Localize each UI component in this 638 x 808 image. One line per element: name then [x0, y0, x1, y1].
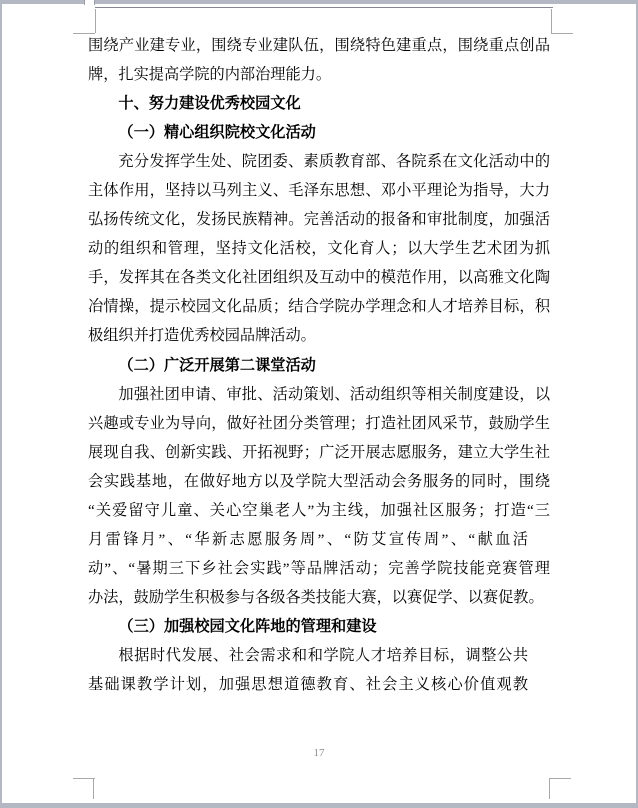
- heading-line: （三）加强校园文化阵地的管理和建设: [88, 612, 550, 641]
- document-viewport[interactable]: 围绕产业建专业，围绕专业建队伍，围绕特色建重点，围绕重点创品牌，扎实提高学院的内…: [0, 0, 638, 808]
- text-body[interactable]: 围绕产业建专业，围绕专业建队伍，围绕特色建重点，围绕重点创品牌，扎实提高学院的内…: [88, 31, 550, 699]
- text-line: 动的组织和管理，坚持文化活校，文化育人；以大学生艺术团为抓: [88, 234, 550, 263]
- text-line: 办法，鼓励学生积极参与各级各类技能大赛，以赛促学、以赛促教。: [88, 583, 550, 612]
- text-line: 牌，扎实提高学院的内部治理能力。: [88, 60, 550, 89]
- document-page: 围绕产业建专业，围绕专业建队伍，围绕特色建重点，围绕重点创品牌，扎实提高学院的内…: [2, 4, 636, 803]
- text-line: 加强社团申请、审批、活动策划、活动组织等相关制度建设，以: [88, 380, 550, 409]
- crop-mark-top-right: [551, 9, 552, 33]
- text-line: 会实践基地，在做好地方以及学院大型活动会务服务的同时，围绕: [88, 467, 550, 496]
- page-number: 17: [2, 747, 636, 759]
- heading-line: 十、努力建设优秀校园文化: [88, 89, 550, 118]
- text-line: 极组织并打造优秀校园品牌活动。: [88, 321, 550, 350]
- crop-mark-bottom-right: [549, 778, 550, 799]
- text-line: 弘扬传统文化，发扬民族精神。完善活动的报备和审批制度，加强活: [88, 205, 550, 234]
- text-line: 基础课教学计划，加强思想道德教育、社会主义核心价值观教: [88, 670, 528, 699]
- heading-line: （二）广泛开展第二课堂活动: [88, 351, 550, 380]
- text-line: 主体作用，坚持以马列主义、毛泽东思想、邓小平理论为指导，大力: [88, 176, 550, 205]
- text-line: 动”、“暑期三下乡社会实践”等品牌活动；完善学院技能竞赛管理: [88, 554, 550, 583]
- text-line: 围绕产业建专业，围绕专业建队伍，围绕特色建重点，围绕重点创品: [88, 31, 550, 60]
- crop-mark-top-left: [95, 9, 96, 33]
- text-line: 冶情操，提示校园文化品质；结合学院办学理念和人才培养目标，积: [88, 292, 550, 321]
- page-top-notch: [84, 0, 95, 5]
- text-line: 充分发挥学生处、院团委、素质教育部、各院系在文化活动中的: [88, 147, 550, 176]
- crop-mark-top-right: [551, 33, 573, 34]
- text-line: 展现自我、创新实践、开拓视野；广泛开展志愿服务，建立大学生社: [88, 438, 550, 467]
- heading-line: （一）精心组织院校文化活动: [88, 118, 550, 147]
- text-line: 兴趣或专业为导向，做好社团分类管理；打造社团风采节，鼓励学生: [88, 409, 550, 438]
- text-line: 根据时代发展、社会需求和和学院人才培养目标，调整公共: [88, 641, 528, 670]
- text-line: 月雷锋月”、“华新志愿服务周”、“防艾宣传周”、“献血活: [88, 525, 528, 554]
- text-line: 手，发挥其在各类文化社团组织及互动中的模范作用，以高雅文化陶: [88, 263, 550, 292]
- text-line: “关爱留守儿童、关心空巢老人”为主线，加强社区服务；打造“三: [88, 496, 550, 525]
- crop-mark-bottom-left: [93, 778, 94, 799]
- header-boundary-line: [95, 7, 553, 8]
- crop-mark-bottom-right: [549, 778, 571, 779]
- crop-mark-bottom-left: [73, 778, 95, 779]
